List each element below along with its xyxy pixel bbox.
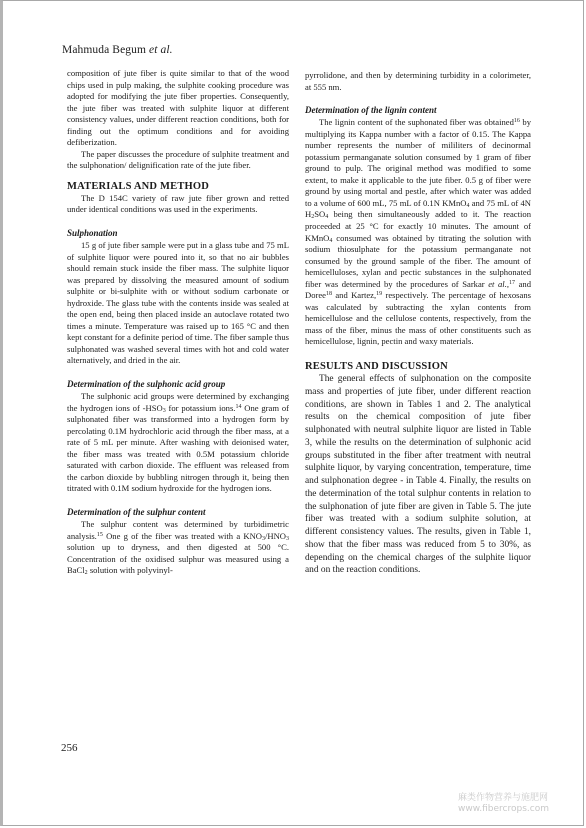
text-span: /HNO [265, 531, 286, 541]
text-span: SO [314, 209, 325, 219]
acid-group-paragraph: The sulphonic acid groups were determine… [67, 391, 289, 495]
subsection-heading-sulphur: Determination of the sulphur content [67, 506, 289, 518]
materials-paragraph: The D 154C variety of raw jute fiber gro… [67, 193, 289, 216]
watermark: 麻类作物营养与施肥网 www.fibercrops.com [458, 793, 584, 815]
section-heading-materials: MATERIALS AND METHOD [67, 181, 289, 193]
text-span: One gram of sulphonated fiber was transf… [67, 403, 289, 494]
left-column: composition of jute fiber is quite simil… [67, 68, 289, 577]
running-head-author: Mahmuda Begum [62, 44, 146, 56]
sulphonation-paragraph: 15 g of jute fiber sample were put in a … [67, 240, 289, 367]
text-span: and Kartez, [332, 290, 376, 300]
subsection-heading-acid-group: Determination of the sulphonic acid grou… [67, 378, 289, 390]
results-paragraph: The general effects of sulphonation on t… [305, 373, 531, 577]
lignin-paragraph: The lignin content of the suphonated fib… [305, 117, 531, 348]
subscript: 3 [286, 536, 289, 542]
right-column: pyrrolidone, and then by determining tur… [305, 70, 531, 577]
section-heading-results: RESULTS AND DISCUSSION [305, 361, 531, 373]
subsection-heading-lignin: Determination of the lignin content [305, 104, 531, 116]
text-span: for potassium ions. [166, 403, 236, 413]
continued-paragraph: pyrrolidone, and then by determining tur… [305, 70, 531, 93]
text-span: The lignin content of the suphonated fib… [319, 117, 514, 127]
italic-etal: et al. [488, 279, 507, 289]
text-span: One g of the fiber was treated with a KN… [103, 531, 262, 541]
subsection-heading-sulphonation: Sulphonation [67, 227, 289, 239]
text-span: solution with polyvinyl- [88, 565, 173, 575]
text-span: by multiplying its Kappa number with a f… [305, 117, 531, 208]
intro-paragraph-2: The paper discusses the procedure of sul… [67, 149, 289, 172]
page-number: 256 [61, 742, 78, 754]
watermark-chinese: 麻类作物营养与施肥网 [458, 793, 584, 804]
sulphur-paragraph: The sulphur content was determined by tu… [67, 519, 289, 577]
running-head: Mahmuda Begum et al. [62, 44, 173, 56]
running-head-etal: et al. [149, 44, 173, 56]
watermark-url: www.fibercrops.com [458, 804, 584, 815]
intro-paragraph-1: composition of jute fiber is quite simil… [67, 68, 289, 149]
